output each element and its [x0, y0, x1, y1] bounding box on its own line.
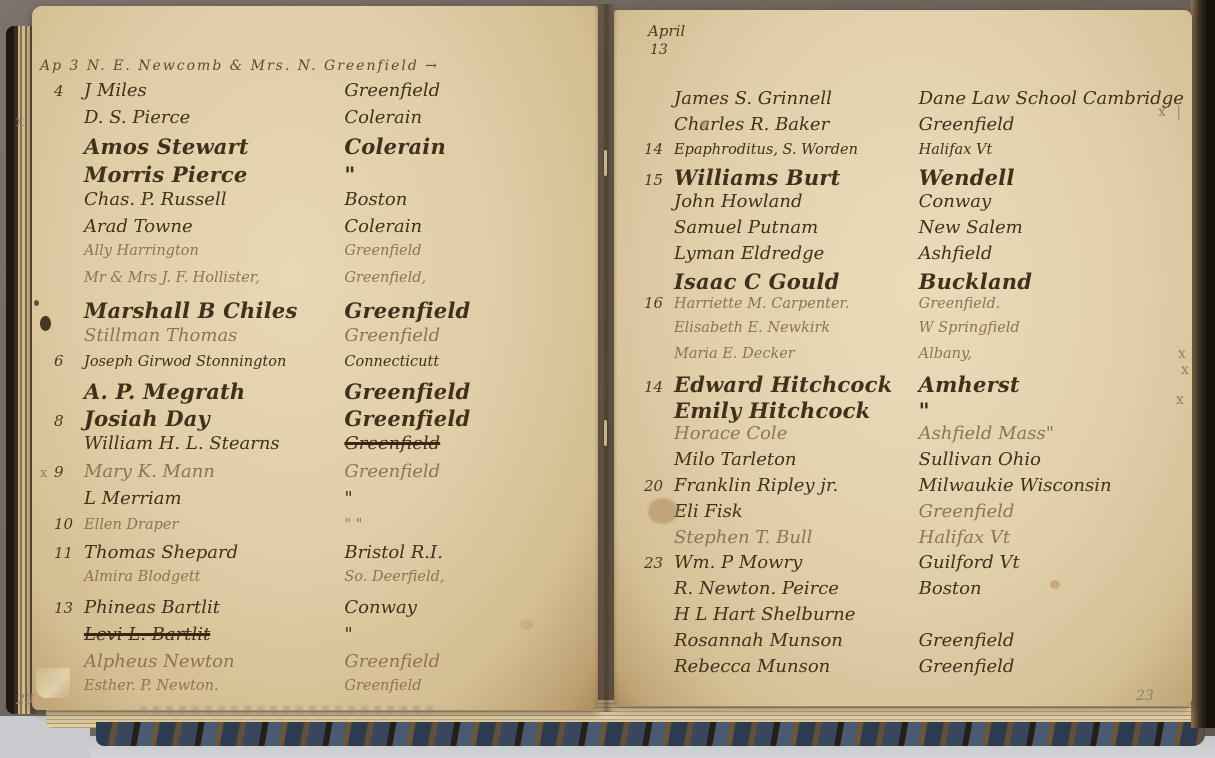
entry-name: Chas. P. Russell — [84, 189, 344, 210]
register-entry: 6Joseph Girwod StonningtonConnecticutt — [34, 352, 594, 379]
register-entry: Morris Pierce" — [34, 162, 594, 189]
stain — [520, 620, 534, 630]
entry-residence: Greenfield — [919, 114, 1186, 135]
entry-residence: Greenfield — [344, 298, 594, 323]
register-entry: Maria E. DeckerAlbany, — [620, 346, 1186, 372]
register-entry: 23Wm. P MowryGuilford Vt — [620, 552, 1186, 578]
entry-residence: Greenfield — [344, 406, 594, 431]
entry-name: H L Hart Shelburne — [674, 604, 919, 625]
entry-name: Marshall B Chiles — [84, 298, 344, 323]
entry-residence: Greenfield — [344, 678, 594, 694]
entry-name: Lyman Eldredge — [674, 243, 919, 264]
register-entry: 13Phineas BartlitConway — [34, 597, 594, 624]
entry-residence: " — [344, 162, 594, 187]
entry-day: 10 — [54, 515, 84, 533]
entry-name: Ellen Draper — [84, 517, 344, 533]
entry-residence: So. Deerfield, — [344, 569, 594, 585]
register-entry: 10Ellen Draper" " — [34, 515, 594, 542]
register-entry: John HowlandConway — [620, 191, 1186, 217]
entry-residence: Greenfield. — [919, 296, 1186, 312]
entry-residence: " — [344, 488, 594, 509]
entry-residence: " — [344, 624, 594, 645]
entry-residence: Wendell — [919, 165, 1186, 190]
entry-day: 20 — [644, 477, 674, 495]
entry-day: 6 — [54, 352, 84, 370]
register-entry: 11Thomas ShepardBristol R.I. — [34, 542, 594, 569]
entry-name: Wm. P Mowry — [674, 552, 919, 573]
entry-residence: Ashfield — [919, 243, 1186, 264]
register-entry: Eli FiskGreenfield — [620, 501, 1186, 527]
entry-residence: New Salem — [919, 217, 1186, 238]
entry-day: 8 — [54, 412, 84, 430]
register-entry: Amos StewartColerain — [34, 134, 594, 161]
entry-name: Isaac C Gould — [674, 269, 919, 294]
register-entry: Emily Hitchcock" — [620, 398, 1186, 424]
register-entry: Milo TarletonSullivan Ohio — [620, 449, 1186, 475]
entry-name: Morris Pierce — [84, 162, 344, 187]
entry-name: William H. L. Stearns — [84, 433, 344, 454]
entry-day: 15 — [644, 171, 674, 189]
register-entry: Stillman ThomasGreenfield — [34, 325, 594, 352]
register-entry: 15Williams BurtWendell — [620, 165, 1186, 191]
entry-residence: Greenfield — [919, 656, 1186, 677]
stain — [1050, 580, 1060, 589]
entry-residence: Greenfield, — [344, 270, 594, 286]
entry-residence: Milwaukie Wisconsin — [919, 475, 1186, 496]
entry-name: Elisabeth E. Newkirk — [674, 320, 919, 336]
book-right-edge — [1191, 0, 1215, 728]
register-photo: Ap 3 N. E. Newcomb & Mrs. N. Greenfield … — [0, 0, 1215, 758]
entry-residence: Guilford Vt — [919, 552, 1186, 573]
marbled-cover-edge — [96, 722, 1205, 746]
entry-name: Almira Blodgett — [84, 569, 344, 585]
entry-residence: Buckland — [919, 269, 1186, 294]
left-page-entries: 4J MilesGreenfieldD. S. PierceColerainAm… — [34, 80, 594, 705]
register-entry: Horace ColeAshfield Mass" — [620, 423, 1186, 449]
register-entry: Rebecca MunsonGreenfield — [620, 656, 1186, 682]
entry-name: Phineas Bartlit — [84, 597, 344, 618]
entry-residence: Halifax Vt — [919, 142, 1186, 158]
register-entry: L Merriam" — [34, 488, 594, 515]
entry-day: 14 — [644, 140, 674, 158]
entry-name: Josiah Day — [84, 406, 344, 431]
register-entry: Chas. P. RussellBoston — [34, 189, 594, 216]
entry-name: Amos Stewart — [84, 134, 344, 159]
entry-name: J Miles — [84, 80, 344, 101]
entry-name: Williams Burt — [674, 165, 919, 190]
entry-residence: Ashfield Mass" — [919, 423, 1186, 444]
pencil-x-mark: x — [1178, 346, 1186, 362]
entry-name: James S. Grinnell — [674, 88, 919, 109]
entry-residence: Conway — [344, 597, 594, 618]
register-entry: Stephen T. BullHalifax Vt — [620, 527, 1186, 553]
entry-residence: Greenfield — [344, 325, 594, 346]
pencil-x-mark: x — [1181, 362, 1189, 378]
entry-residence: Greenfield — [344, 80, 594, 101]
entry-residence: " — [919, 398, 1186, 423]
register-entry: Arad TowneColerain — [34, 216, 594, 243]
entry-name: Rosannah Munson — [674, 630, 919, 651]
entry-name: Edward Hitchcock — [674, 372, 919, 397]
entry-name: Mary K. Mann — [84, 461, 344, 482]
entry-name: Milo Tarleton — [674, 449, 919, 470]
entry-name: Alpheus Newton — [84, 651, 344, 672]
entry-name: R. Newton. Peirce — [674, 578, 919, 599]
entry-residence: Colerain — [344, 134, 594, 159]
binding-stitch — [604, 420, 607, 446]
register-entry: Lyman EldredgeAshfield — [620, 243, 1186, 269]
stain — [648, 498, 678, 524]
right-page-header-day: 13 — [650, 42, 668, 58]
entry-name: Esther. P. Newton. — [84, 678, 344, 694]
binding-stitch — [604, 150, 607, 176]
register-entry: Levi L. Bartlit" — [34, 624, 594, 651]
entry-residence: " " — [344, 517, 594, 533]
illegible-pencil-note — [140, 706, 440, 714]
entry-residence: Colerain — [344, 216, 594, 237]
entry-name: L Merriam — [84, 488, 344, 509]
entry-residence: Bristol R.I. — [344, 542, 594, 563]
pencil-x-mark: x | — [1158, 104, 1184, 120]
entry-name: Charles R. Baker — [674, 114, 919, 135]
entry-day: 16 — [644, 294, 674, 312]
register-entry: 14Epaphroditus, S. WordenHalifax Vt — [620, 140, 1186, 166]
entry-day: 4 — [54, 82, 84, 100]
entry-residence: Greenfield — [344, 379, 594, 404]
entry-name: Arad Towne — [84, 216, 344, 237]
entry-residence: Greenfield — [919, 501, 1186, 522]
register-entry: D. S. PierceColerain — [34, 107, 594, 134]
entry-residence: Colerain — [344, 107, 594, 128]
register-entry: 20Franklin Ripley jr.Milwaukie Wisconsin — [620, 475, 1186, 501]
entry-day: 11 — [54, 544, 84, 562]
register-entry: Almira BlodgettSo. Deerfield, — [34, 569, 594, 596]
entry-name: Epaphroditus, S. Worden — [674, 142, 919, 158]
entry-name: Joseph Girwod Stonnington — [84, 354, 344, 370]
register-entry: William H. L. StearnsGreenfield — [34, 433, 594, 460]
entry-day: 13 — [54, 599, 84, 617]
entry-name: Horace Cole — [674, 423, 919, 444]
register-entry: Isaac C GouldBuckland — [620, 269, 1186, 295]
entry-name: A. P. Megrath — [84, 379, 344, 404]
entry-name: Thomas Shepard — [84, 542, 344, 563]
register-entry: Ally HarringtonGreenfield — [34, 243, 594, 270]
register-entry: 14Edward HitchcockAmherst — [620, 372, 1186, 398]
entry-name: Samuel Putnam — [674, 217, 919, 238]
left-page-number: 23 — [16, 692, 34, 708]
entry-residence: Greenfield — [344, 461, 594, 482]
register-entry: Esther. P. Newton.Greenfield — [34, 678, 594, 705]
entry-name: Eli Fisk — [674, 501, 919, 522]
register-entry: James S. GrinnellDane Law School Cambrid… — [620, 88, 1186, 114]
entry-name: Emily Hitchcock — [674, 398, 919, 423]
register-entry: Mr & Mrs J. F. Hollister,Greenfield, — [34, 270, 594, 297]
right-page-header-month: April — [648, 22, 685, 40]
entry-residence: Amherst — [919, 372, 1186, 397]
entry-day: 14 — [644, 378, 674, 396]
register-entry: 4J MilesGreenfield — [34, 80, 594, 107]
register-entry: A. P. MegrathGreenfield — [34, 379, 594, 406]
register-entry: Rosannah MunsonGreenfield — [620, 630, 1186, 656]
entry-name: John Howland — [674, 191, 919, 212]
entry-residence: Conway — [919, 191, 1186, 212]
entry-name: Stephen T. Bull — [674, 527, 919, 548]
entry-residence: Connecticutt — [344, 354, 594, 370]
entry-residence: W Springfield — [919, 320, 1186, 336]
left-page-header-note: Ap 3 N. E. Newcomb & Mrs. N. Greenfield … — [40, 58, 439, 74]
register-entry: Alpheus NewtonGreenfield — [34, 651, 594, 678]
entry-name: Harriette M. Carpenter. — [674, 296, 919, 312]
register-entry: H L Hart Shelburne — [620, 604, 1186, 630]
pencil-x-mark: x — [1176, 392, 1184, 408]
entry-name: Mr & Mrs J. F. Hollister, — [84, 270, 344, 286]
entry-name: Franklin Ripley jr. — [674, 475, 919, 496]
register-entry: Elisabeth E. NewkirkW Springfield — [620, 320, 1186, 346]
entry-residence: Dane Law School Cambridge — [919, 88, 1186, 109]
ink-blot — [34, 300, 39, 306]
stain — [700, 120, 709, 128]
entry-residence: Halifax Vt — [919, 527, 1186, 548]
entry-residence: Sullivan Ohio — [919, 449, 1186, 470]
entry-name: Stillman Thomas — [84, 325, 344, 346]
entry-name: Maria E. Decker — [674, 346, 919, 362]
entry-name: D. S. Pierce — [84, 107, 344, 128]
right-page-number: 23 — [1136, 688, 1154, 704]
entry-name: Levi L. Bartlit — [84, 624, 344, 645]
register-entry: x9Mary K. MannGreenfield — [34, 461, 594, 488]
entry-name: Rebecca Munson — [674, 656, 919, 677]
ink-blot — [40, 316, 51, 331]
register-entry: Marshall B ChilesGreenfield — [34, 298, 594, 325]
entry-margin-mark: x — [40, 466, 54, 481]
entry-name: Ally Harrington — [84, 243, 344, 259]
register-entry: 16Harriette M. Carpenter.Greenfield. — [620, 294, 1186, 320]
register-entry: 8Josiah DayGreenfield — [34, 406, 594, 433]
entry-residence: Greenfield — [344, 433, 594, 454]
entry-day: 9 — [54, 463, 84, 481]
pencil-x-mark: x — [16, 114, 24, 130]
register-entry: R. Newton. PeirceBoston — [620, 578, 1186, 604]
entry-residence: Greenfield — [344, 651, 594, 672]
entry-residence: Albany, — [919, 346, 1186, 362]
entry-day: 23 — [644, 554, 674, 572]
entry-residence: Boston — [344, 189, 594, 210]
entry-residence: Greenfield — [919, 630, 1186, 651]
entry-residence: Greenfield — [344, 243, 594, 259]
register-entry: Samuel PutnamNew Salem — [620, 217, 1186, 243]
page-corner-fold — [36, 668, 70, 698]
book-gutter — [594, 4, 618, 712]
right-page-entries: James S. GrinnellDane Law School Cambrid… — [620, 88, 1186, 681]
